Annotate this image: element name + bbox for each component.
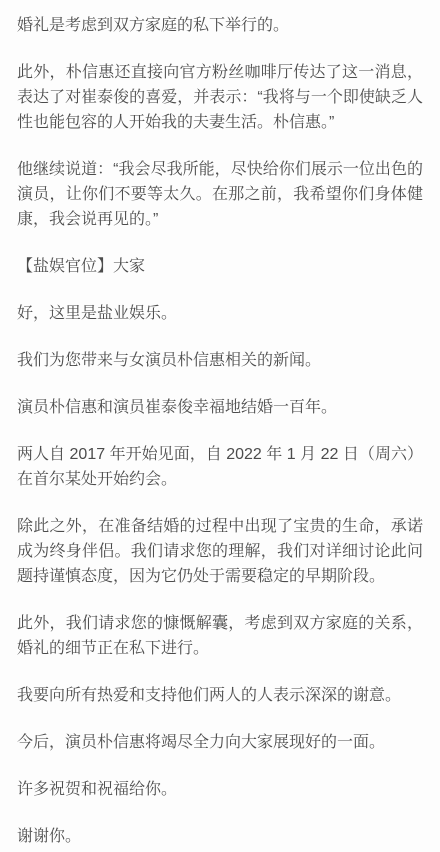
paragraph-thanks: 谢谢你。 (17, 824, 423, 849)
paragraph-wedding-details-private: 此外，我们请求您的慷慨解囊，考虑到双方家庭的关系，婚礼的细节正在私下进行。 (17, 611, 423, 661)
paragraph-congratulations: 许多祝贺和祝福给你。 (17, 777, 423, 802)
paragraph-dating-timeline: 两人自 2017 年开始见面，自 2022 年 1 月 22 日（周六）在首尔某… (17, 442, 423, 492)
paragraph-greeting: 好，这里是盐业娱乐。 (17, 301, 423, 326)
paragraph-official-statement-header: 【盐娱官位】大家 (17, 254, 423, 279)
paragraph-pregnancy-discretion: 除此之外，在准备结婚的过程中出现了宝贵的生命，承诺成为终身伴侣。我们请求您的理解… (17, 514, 423, 589)
article-body: 婚礼是考虑到双方家庭的私下举行的。 此外，朴信惠还直接向官方粉丝咖啡厅传达了这一… (0, 0, 440, 852)
paragraph-marriage-announcement: 演员朴信惠和演员崔泰俊幸福地结婚一百年。 (17, 395, 423, 420)
paragraph-quote-continued: 他继续说道：“我会尽我所能，尽快给你们展示一位出色的演员，让你们不要等太久。在那… (17, 157, 423, 232)
paragraph-gratitude: 我要向所有热爱和支持他们两人的人表示深深的谢意。 (17, 683, 423, 708)
paragraph-future-promise: 今后，演员朴信惠将竭尽全力向大家展现好的一面。 (17, 730, 423, 755)
paragraph-fancafe-message: 此外，朴信惠还直接向官方粉丝咖啡厅传达了这一消息，表达了对崔泰俊的喜爱，并表示：… (17, 60, 423, 135)
paragraph-news-intro: 我们为您带来与女演员朴信惠相关的新闻。 (17, 348, 423, 373)
paragraph-wedding-private: 婚礼是考虑到双方家庭的私下举行的。 (17, 13, 423, 38)
